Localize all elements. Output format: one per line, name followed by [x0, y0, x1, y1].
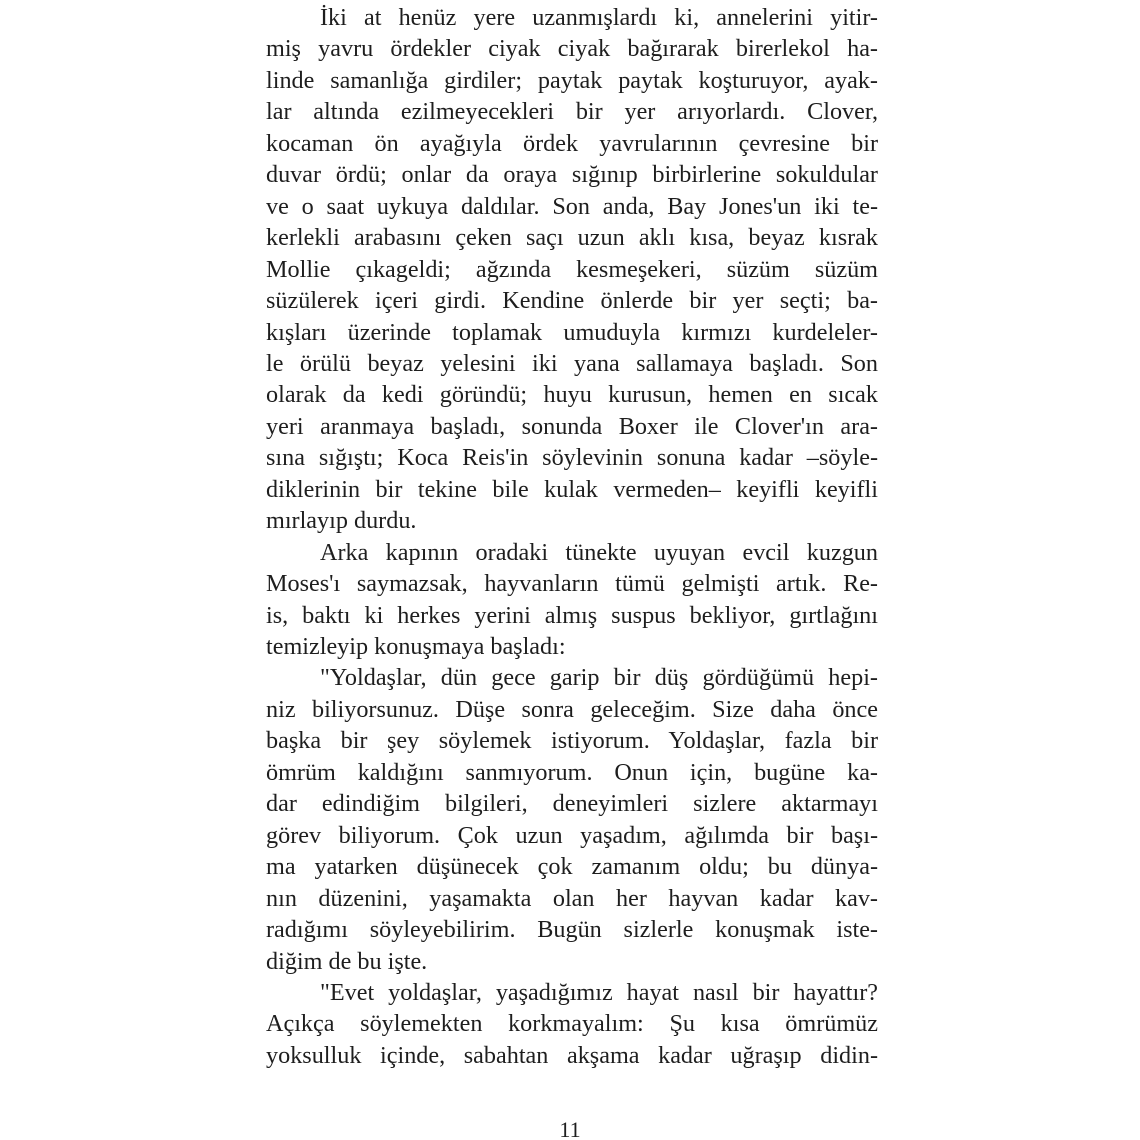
text-line: ma yatarken düşünecek çok zamanım oldu; … [266, 851, 878, 882]
text-line: "Yoldaşlar, dün gece garip bir düş gördü… [266, 662, 878, 693]
text-line: başka bir şey söylemek istiyorum. Yoldaş… [266, 725, 878, 756]
text-line: Arka kapının oradaki tünekte uyuyan evci… [266, 537, 878, 568]
text-line: kocaman ön ayağıyla ördek yavrularının ç… [266, 128, 878, 159]
text-line: nın düzenini, yaşamakta olan her hayvan … [266, 883, 878, 914]
text-line: lar altında ezilmeyecekleri bir yer arıy… [266, 96, 878, 127]
text-line: miş yavru ördekler ciyak ciyak bağırarak… [266, 33, 878, 64]
text-line: le örülü beyaz yelesini iki yana sallama… [266, 348, 878, 379]
text-line: radığımı söyleyebilirim. Bugün sizlerle … [266, 914, 878, 945]
text-line: Mollie çıkageldi; ağzında kesmeşekeri, s… [266, 254, 878, 285]
text-line: İki at henüz yere uzanmışlardı ki, annel… [266, 2, 878, 33]
text-line: olarak da kedi göründü; huyu kurusun, he… [266, 379, 878, 410]
text-line: kışları üzerinde toplamak umuduyla kırmı… [266, 317, 878, 348]
text-line: Açıkça söylemekten korkmayalım: Şu kısa … [266, 1008, 878, 1039]
text-line: temizleyip konuşmaya başladı: [266, 631, 878, 662]
text-line: mırlayıp durdu. [266, 505, 878, 536]
text-line: dar edindiğim bilgileri, deneyimleri siz… [266, 788, 878, 819]
text-line: Moses'ı saymazsak, hayvanların tümü gelm… [266, 568, 878, 599]
text-line: "Evet yoldaşlar, yaşadığımız hayat nasıl… [266, 977, 878, 1008]
text-line: niz biliyorsunuz. Düşe sonra geleceğim. … [266, 694, 878, 725]
text-line: yeri aranmaya başladı, sonunda Boxer ile… [266, 411, 878, 442]
text-line: kerlekli arabasını çeken saçı uzun aklı … [266, 222, 878, 253]
text-line: ömrüm kaldığını sanmıyorum. Onun için, b… [266, 757, 878, 788]
text-line: görev biliyorum. Çok uzun yaşadım, ağılı… [266, 820, 878, 851]
text-line: duvar ördü; onlar da oraya sığınıp birbi… [266, 159, 878, 190]
text-line: yoksulluk içinde, sabahtan akşama kadar … [266, 1040, 878, 1071]
text-line: diklerinin bir tekine bile kulak vermede… [266, 474, 878, 505]
text-line: is, baktı ki herkes yerini almış suspus … [266, 600, 878, 631]
text-line: ve o saat uykuya daldılar. Son anda, Bay… [266, 191, 878, 222]
text-line: diğim de bu işte. [266, 946, 878, 977]
page-number: 11 [0, 1117, 1140, 1140]
text-line: süzülerek içeri girdi. Kendine önlerde b… [266, 285, 878, 316]
text-line: linde samanlığa girdiler; paytak paytak … [266, 65, 878, 96]
text-line: sına sığıştı; Koca Reis'in söylevinin so… [266, 442, 878, 473]
